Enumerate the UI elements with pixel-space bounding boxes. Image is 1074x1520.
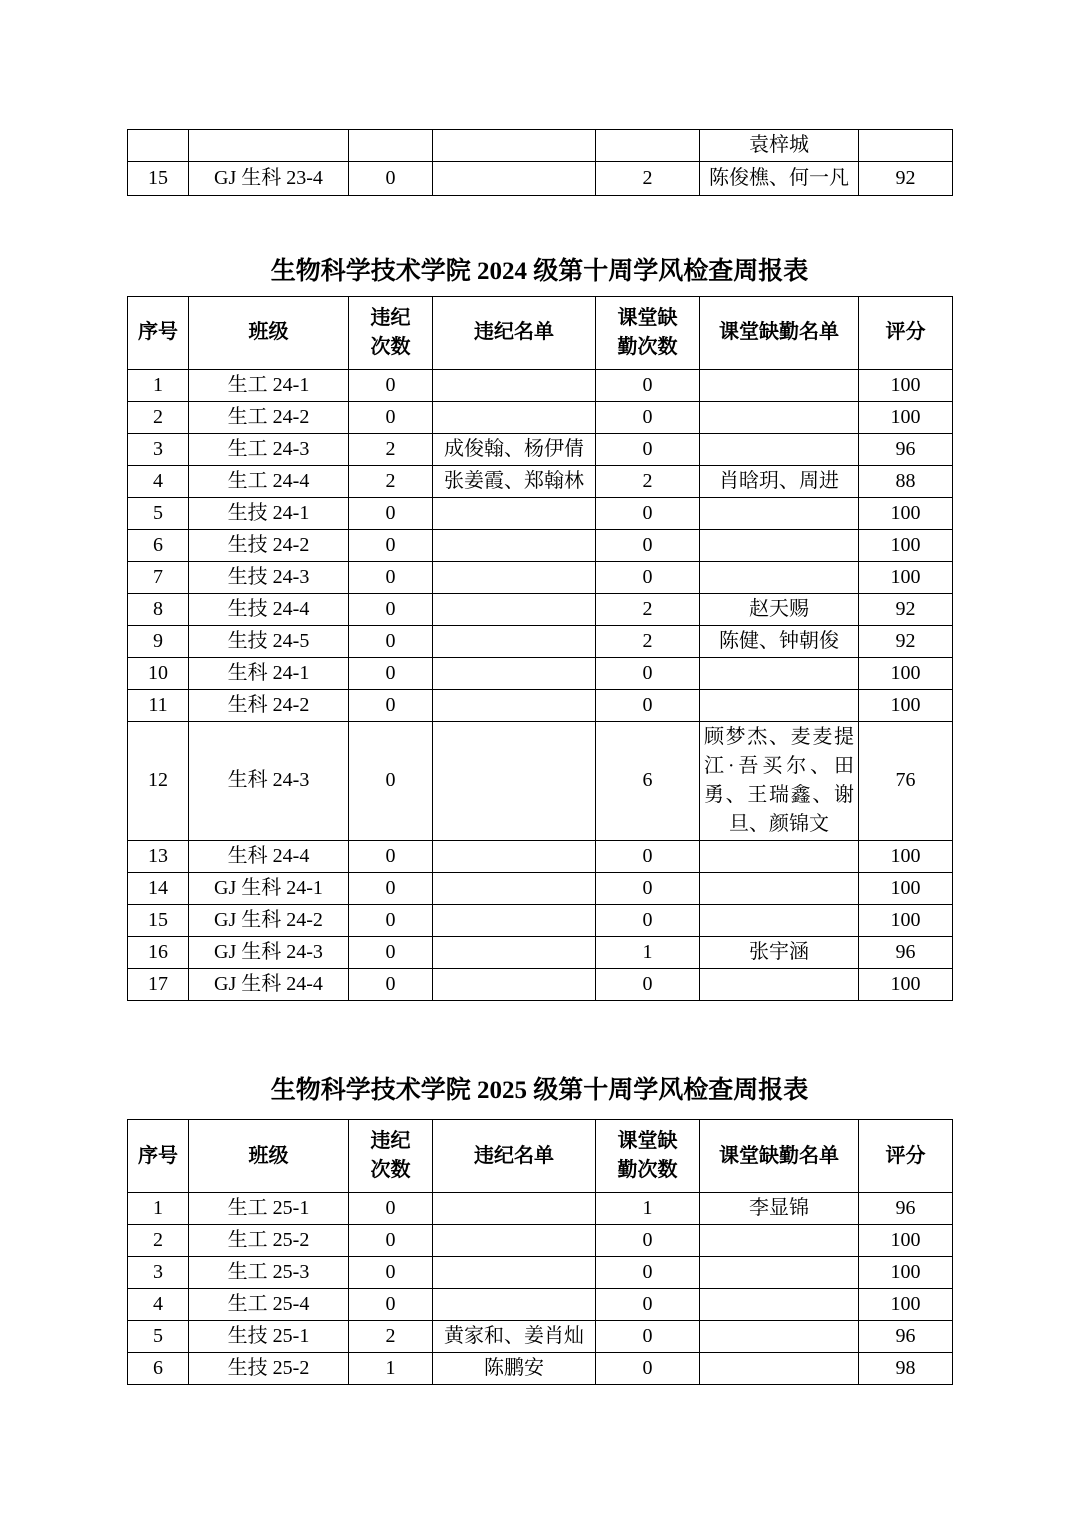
column-header: 评分 — [859, 1120, 953, 1193]
column-header: 序号 — [128, 1120, 189, 1193]
table-cell: 100 — [859, 1225, 953, 1257]
table-row: 3生工 25-300100 — [128, 1257, 953, 1289]
table-cell: 100 — [859, 904, 953, 936]
table-cell — [700, 1289, 859, 1321]
table-cell: 100 — [859, 689, 953, 721]
table-cell: 100 — [859, 561, 953, 593]
table-cell: 生工 25-2 — [189, 1225, 349, 1257]
table-cell: 10 — [128, 657, 189, 689]
table-cell: 生技 24-1 — [189, 497, 349, 529]
table-row: 14GJ 生科 24-100100 — [128, 872, 953, 904]
table-cell — [349, 130, 433, 162]
table-cell: 0 — [349, 689, 433, 721]
table-cell: 生科 24-4 — [189, 840, 349, 872]
table-cell: 0 — [349, 721, 433, 840]
table-cell — [700, 561, 859, 593]
table-cell: 1 — [349, 1353, 433, 1385]
table-cell — [859, 130, 953, 162]
table-cell — [700, 529, 859, 561]
table-row: 8生技 24-402赵天赐92 — [128, 593, 953, 625]
table-cell — [700, 840, 859, 872]
table-cell: 李显锦 — [700, 1193, 859, 1225]
table-cell: 3 — [128, 1257, 189, 1289]
table-cell: 1 — [128, 369, 189, 401]
column-header: 班级 — [189, 296, 349, 369]
table-row: 9生技 24-502陈健、钟朝俊92 — [128, 625, 953, 657]
table-cell: 100 — [859, 872, 953, 904]
table-row: 5生技 25-12黄家和、姜肖灿096 — [128, 1321, 953, 1353]
column-header: 违纪 次数 — [349, 296, 433, 369]
column-header: 序号 — [128, 296, 189, 369]
table-cell: 6 — [128, 529, 189, 561]
table-cell — [433, 625, 596, 657]
table-cell — [433, 369, 596, 401]
table-cell — [700, 1225, 859, 1257]
table-cell: 12 — [128, 721, 189, 840]
table-row: 13生科 24-400100 — [128, 840, 953, 872]
table-cell — [433, 721, 596, 840]
table-cell: 2 — [596, 465, 700, 497]
table-cell: 0 — [349, 657, 433, 689]
table-cell: 96 — [859, 1193, 953, 1225]
table-cell: 0 — [349, 162, 433, 196]
table-cell: 生工 24-4 — [189, 465, 349, 497]
table-cell — [700, 657, 859, 689]
table-cell: 生技 25-1 — [189, 1321, 349, 1353]
table-cell: 15 — [128, 904, 189, 936]
table-cell — [700, 968, 859, 1000]
table-row: 6生技 24-200100 — [128, 529, 953, 561]
table-cell: 生工 24-2 — [189, 401, 349, 433]
table-cell: 5 — [128, 1321, 189, 1353]
table-cell: 陈俊樵、何一凡 — [700, 162, 859, 196]
report-title-2024: 生物科学技术学院 2024 级第十周学风检查周报表 — [127, 256, 952, 289]
report-table-2025: 序号班级违纪 次数违纪名单课堂缺 勤次数课堂缺勤名单评分 1生工 25-101李… — [127, 1119, 953, 1385]
table-row: 16GJ 生科 24-301张宇涵96 — [128, 936, 953, 968]
table-row: 17GJ 生科 24-400100 — [128, 968, 953, 1000]
table-cell: 1 — [128, 1193, 189, 1225]
table-cell — [433, 840, 596, 872]
table-cell — [700, 401, 859, 433]
table-cell — [433, 561, 596, 593]
table-cell: 6 — [596, 721, 700, 840]
table-cell: 生技 25-2 — [189, 1353, 349, 1385]
table-row: 10生科 24-100100 — [128, 657, 953, 689]
table-cell: 赵天赐 — [700, 593, 859, 625]
document-page: 袁梓城15GJ 生科 23-402陈俊樵、何一凡92 生物科学技术学院 2024… — [0, 0, 1074, 1520]
table-cell: 98 — [859, 1353, 953, 1385]
table-row: 4生工 24-42张姜霞、郑翰林2肖晗玥、周进88 — [128, 465, 953, 497]
table-cell — [700, 1257, 859, 1289]
table-row: 2生工 24-200100 — [128, 401, 953, 433]
column-header: 课堂缺勤名单 — [700, 1120, 859, 1193]
table-row: 1生工 24-100100 — [128, 369, 953, 401]
table-cell — [433, 968, 596, 1000]
table-cell: 0 — [596, 1225, 700, 1257]
table-cell: GJ 生科 23-4 — [189, 162, 349, 196]
table-cell — [700, 904, 859, 936]
table-cell: 100 — [859, 369, 953, 401]
table-cell: 生技 24-4 — [189, 593, 349, 625]
table-row: 11生科 24-200100 — [128, 689, 953, 721]
table-cell: 15 — [128, 162, 189, 196]
table-cell — [700, 1321, 859, 1353]
table-cell: 生技 24-2 — [189, 529, 349, 561]
table-cell: GJ 生科 24-2 — [189, 904, 349, 936]
table-cell: 2 — [128, 1225, 189, 1257]
table-row: 2生工 25-200100 — [128, 1225, 953, 1257]
table-cell: 0 — [349, 1225, 433, 1257]
table-cell: 0 — [596, 433, 700, 465]
report-table-2024: 序号班级违纪 次数违纪名单课堂缺 勤次数课堂缺勤名单评分 1生工 24-1001… — [127, 296, 953, 1001]
table-cell: 0 — [596, 561, 700, 593]
table-cell: 2 — [128, 401, 189, 433]
table-cell — [433, 936, 596, 968]
table-cell: 2 — [349, 1321, 433, 1353]
table-cell: 生科 24-3 — [189, 721, 349, 840]
table-cell: 100 — [859, 840, 953, 872]
table-cell: 0 — [596, 689, 700, 721]
table-cell: 7 — [128, 561, 189, 593]
table-cell: 1 — [596, 1193, 700, 1225]
table-cell: 黄家和、姜肖灿 — [433, 1321, 596, 1353]
table-cell: 0 — [596, 529, 700, 561]
table-cell: 6 — [128, 1353, 189, 1385]
table-cell: 100 — [859, 1257, 953, 1289]
table-cell: 0 — [349, 1289, 433, 1321]
table-cell: 96 — [859, 433, 953, 465]
table-cell: 92 — [859, 625, 953, 657]
table-cell — [700, 369, 859, 401]
table-cell: 92 — [859, 162, 953, 196]
table-cell: 0 — [349, 1257, 433, 1289]
table-cell: 袁梓城 — [700, 130, 859, 162]
table-cell: 0 — [596, 1321, 700, 1353]
table-cell: 0 — [596, 1353, 700, 1385]
table-cell: 0 — [349, 401, 433, 433]
table-cell: 0 — [349, 529, 433, 561]
table-cell: 2 — [596, 593, 700, 625]
table-cell: 生工 25-3 — [189, 1257, 349, 1289]
table-cell — [700, 433, 859, 465]
table-cell — [433, 1289, 596, 1321]
table-row: 7生技 24-300100 — [128, 561, 953, 593]
table-cell: 14 — [128, 872, 189, 904]
table-cell — [433, 872, 596, 904]
table-cell: 100 — [859, 497, 953, 529]
table-cell: 9 — [128, 625, 189, 657]
table-cell: 肖晗玥、周进 — [700, 465, 859, 497]
report-title-2025: 生物科学技术学院 2025 级第十周学风检查周报表 — [127, 1075, 952, 1108]
table-cell: 0 — [349, 561, 433, 593]
table-row: 15GJ 生科 24-200100 — [128, 904, 953, 936]
table-cell: 生工 24-1 — [189, 369, 349, 401]
column-header: 课堂缺勤名单 — [700, 296, 859, 369]
table-cell — [433, 593, 596, 625]
column-header: 违纪名单 — [433, 296, 596, 369]
table-cell: 0 — [596, 904, 700, 936]
table-cell: 0 — [349, 872, 433, 904]
table-cell: 0 — [596, 401, 700, 433]
table-cell: 生工 25-4 — [189, 1289, 349, 1321]
table-cell: 生技 24-3 — [189, 561, 349, 593]
table-cell: 13 — [128, 840, 189, 872]
table-cell: GJ 生科 24-3 — [189, 936, 349, 968]
table-cell — [433, 401, 596, 433]
table-cell: 4 — [128, 465, 189, 497]
table-cell — [433, 130, 596, 162]
table-cell: 100 — [859, 529, 953, 561]
table-cell: 0 — [596, 497, 700, 529]
table-cell: 张宇涵 — [700, 936, 859, 968]
table-cell: 1 — [596, 936, 700, 968]
table-cell: 0 — [349, 497, 433, 529]
table-cell — [189, 130, 349, 162]
table-cell — [596, 130, 700, 162]
table-cell: 顾梦杰、麦麦提江·吾买尔、田勇、王瑞鑫、谢旦、颜锦文 — [700, 721, 859, 840]
table-cell: 生科 24-2 — [189, 689, 349, 721]
table-cell: 生工 24-3 — [189, 433, 349, 465]
table-cell: 0 — [349, 625, 433, 657]
table-cell — [433, 904, 596, 936]
table-cell: 生科 24-1 — [189, 657, 349, 689]
table-cell: 11 — [128, 689, 189, 721]
table-cell: 2 — [349, 465, 433, 497]
table-cell: GJ 生科 24-4 — [189, 968, 349, 1000]
table-cell: 100 — [859, 401, 953, 433]
table-row: 15GJ 生科 23-402陈俊樵、何一凡92 — [128, 162, 953, 196]
table-cell — [433, 1225, 596, 1257]
table-cell: GJ 生科 24-1 — [189, 872, 349, 904]
table-cell: 0 — [349, 904, 433, 936]
table-cell: 3 — [128, 433, 189, 465]
table-cell: 0 — [349, 840, 433, 872]
table-cell — [700, 497, 859, 529]
table-cell: 2 — [596, 625, 700, 657]
table-cell: 100 — [859, 1289, 953, 1321]
table-cell: 76 — [859, 721, 953, 840]
table-cell — [433, 1257, 596, 1289]
table-cell: 4 — [128, 1289, 189, 1321]
table-cell: 96 — [859, 936, 953, 968]
table-cell: 0 — [349, 1193, 433, 1225]
table-cell: 5 — [128, 497, 189, 529]
table-cell: 8 — [128, 593, 189, 625]
table-row: 袁梓城 — [128, 130, 953, 162]
table-cell: 96 — [859, 1321, 953, 1353]
table-cell: 17 — [128, 968, 189, 1000]
table-cell: 0 — [596, 657, 700, 689]
column-header: 班级 — [189, 1120, 349, 1193]
table-cell: 生工 25-1 — [189, 1193, 349, 1225]
header-row: 序号班级违纪 次数违纪名单课堂缺 勤次数课堂缺勤名单评分 — [128, 1120, 953, 1193]
table-cell — [700, 1353, 859, 1385]
table-cell — [128, 130, 189, 162]
table-cell: 0 — [596, 1257, 700, 1289]
table-cell: 2 — [349, 433, 433, 465]
header-row: 序号班级违纪 次数违纪名单课堂缺 勤次数课堂缺勤名单评分 — [128, 296, 953, 369]
table-cell: 88 — [859, 465, 953, 497]
table-cell: 0 — [349, 593, 433, 625]
table-cell: 张姜霞、郑翰林 — [433, 465, 596, 497]
column-header: 课堂缺 勤次数 — [596, 296, 700, 369]
table-cell: 陈鹏安 — [433, 1353, 596, 1385]
table-cell: 100 — [859, 968, 953, 1000]
table-row: 5生技 24-100100 — [128, 497, 953, 529]
table-row: 6生技 25-21陈鹏安098 — [128, 1353, 953, 1385]
table-row: 1生工 25-101李显锦96 — [128, 1193, 953, 1225]
table-cell — [433, 529, 596, 561]
table-cell: 生技 24-5 — [189, 625, 349, 657]
table-row: 4生工 25-400100 — [128, 1289, 953, 1321]
table-cell — [433, 497, 596, 529]
table-cell: 16 — [128, 936, 189, 968]
table-cell: 0 — [349, 968, 433, 1000]
table-cell: 0 — [596, 968, 700, 1000]
table-cell: 0 — [596, 369, 700, 401]
table-row: 3生工 24-32成俊翰、杨伊倩096 — [128, 433, 953, 465]
column-header: 违纪 次数 — [349, 1120, 433, 1193]
column-header: 违纪名单 — [433, 1120, 596, 1193]
column-header: 课堂缺 勤次数 — [596, 1120, 700, 1193]
table-cell: 92 — [859, 593, 953, 625]
table-row: 12生科 24-306顾梦杰、麦麦提江·吾买尔、田勇、王瑞鑫、谢旦、颜锦文76 — [128, 721, 953, 840]
table-cell — [433, 657, 596, 689]
table-cell: 陈健、钟朝俊 — [700, 625, 859, 657]
table-cell: 成俊翰、杨伊倩 — [433, 433, 596, 465]
table-cell: 0 — [349, 369, 433, 401]
table-cell: 0 — [349, 936, 433, 968]
table-cell: 0 — [596, 872, 700, 904]
table-cell — [433, 689, 596, 721]
table-cell — [433, 1193, 596, 1225]
table-cell: 0 — [596, 840, 700, 872]
table-cell: 100 — [859, 657, 953, 689]
column-header: 评分 — [859, 296, 953, 369]
table-cell — [433, 162, 596, 196]
table-cell — [700, 689, 859, 721]
table-cell — [700, 872, 859, 904]
partial-table-2023: 袁梓城15GJ 生科 23-402陈俊樵、何一凡92 — [127, 129, 953, 196]
table-cell: 2 — [596, 162, 700, 196]
table-cell: 0 — [596, 1289, 700, 1321]
